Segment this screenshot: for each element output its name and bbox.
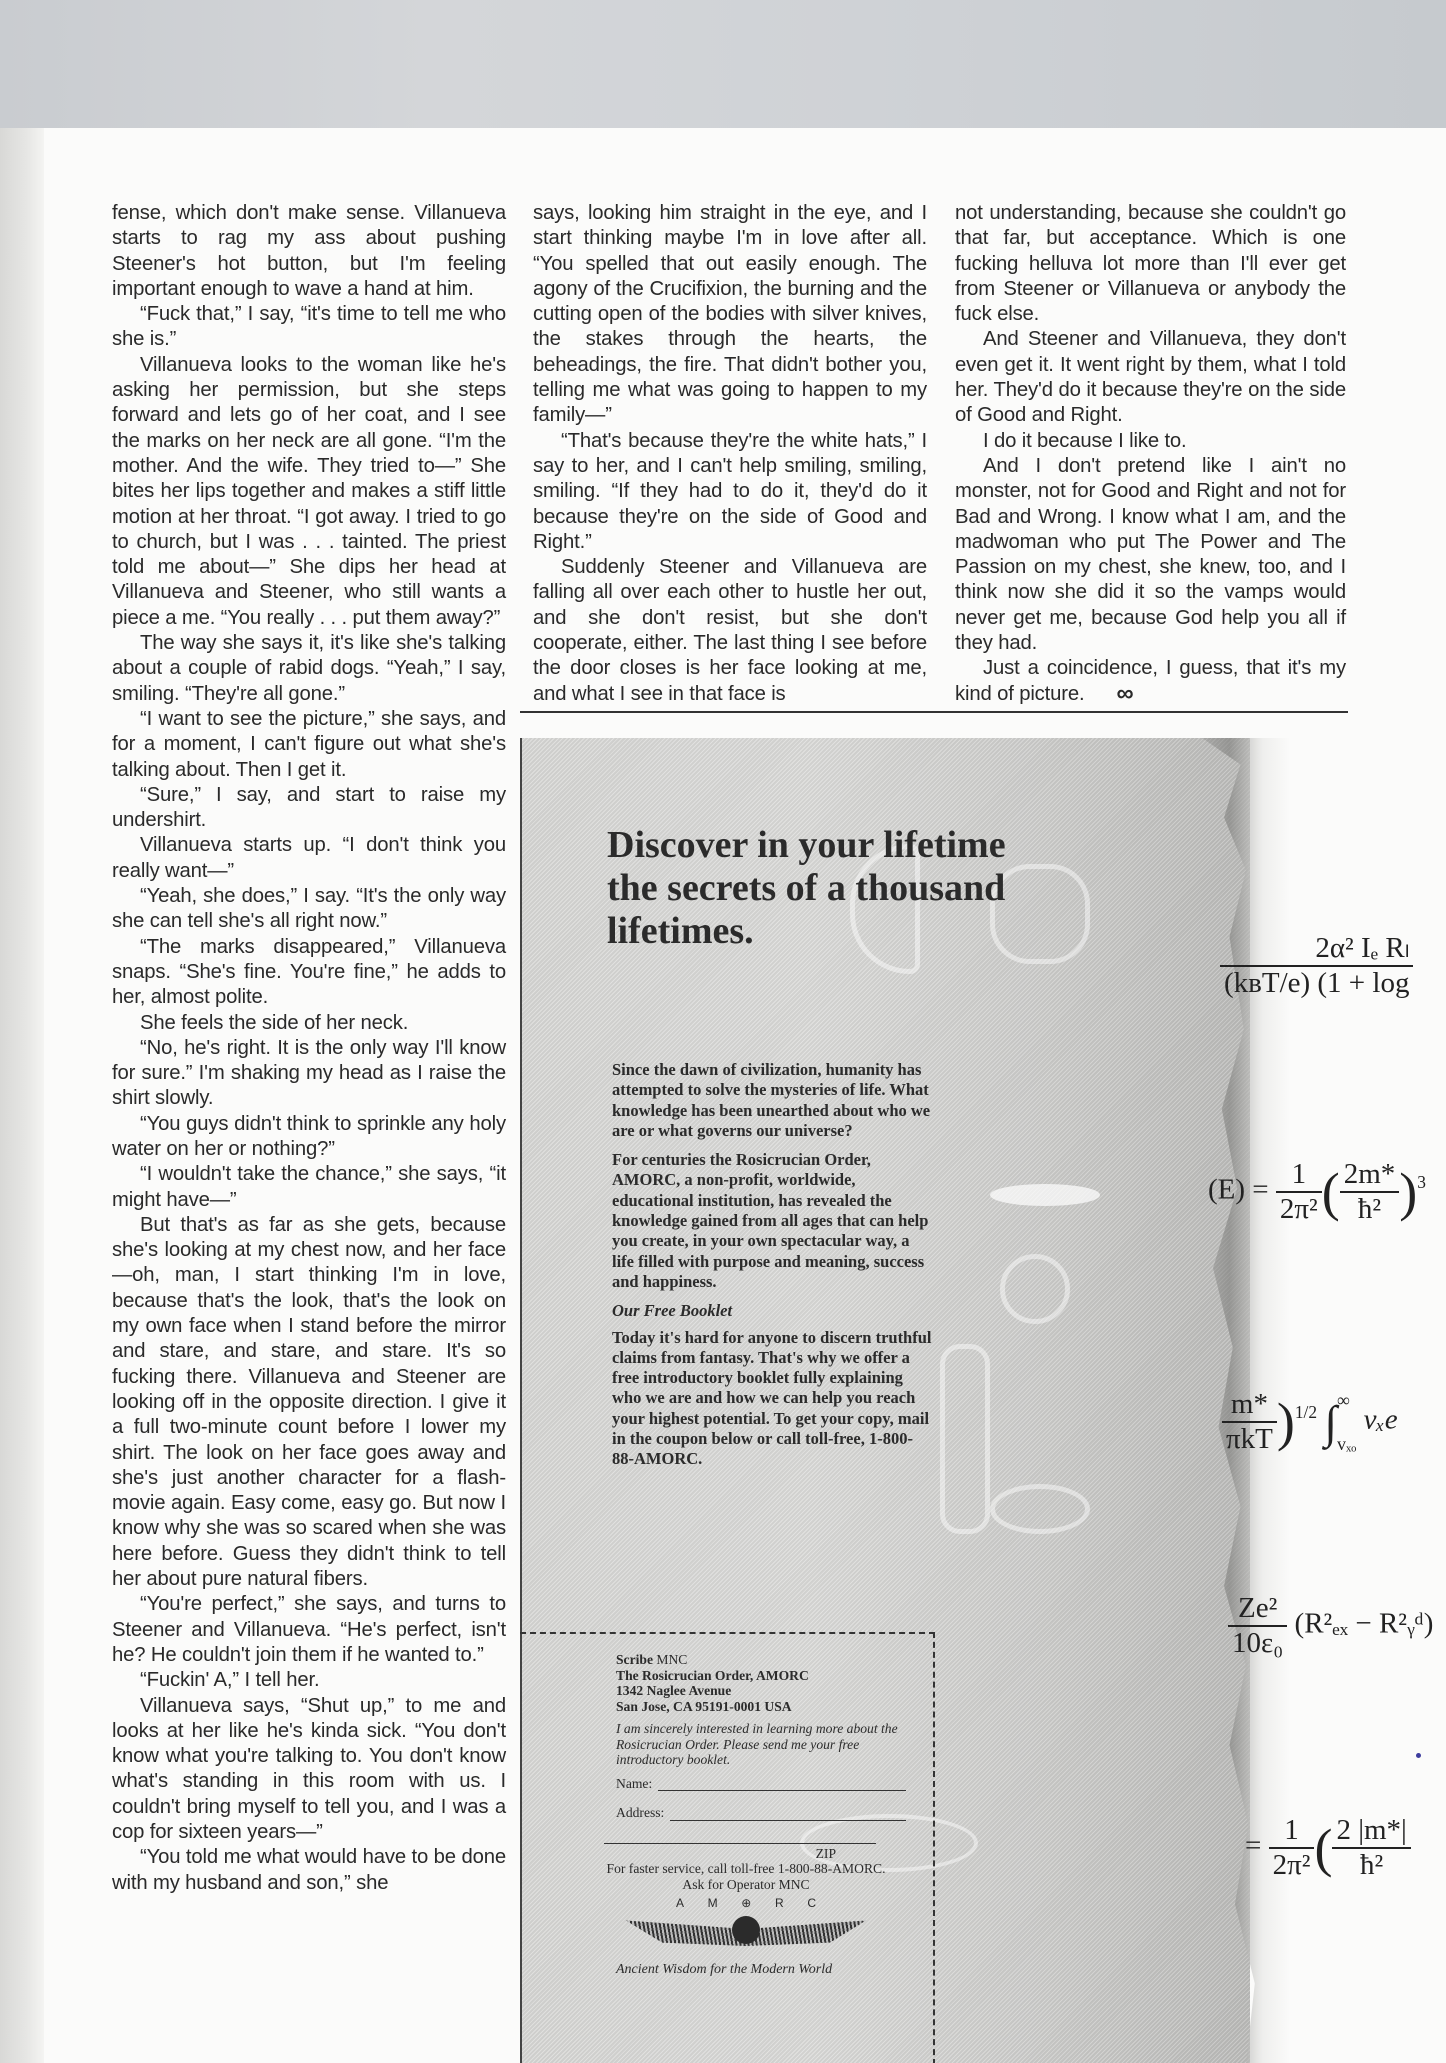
eq-exponent: 3 (1417, 1172, 1426, 1192)
eye-hieroglyph-icon (990, 1484, 1090, 1534)
paragraph: And Steener and Villanueva, they don't e… (955, 327, 1346, 428)
paragraph: not understanding, because she couldn't … (955, 201, 1346, 327)
eq-numerator: 2 |m*| (1332, 1814, 1410, 1847)
eye-hieroglyph-icon (990, 1184, 1100, 1206)
equation-1: 2α² Iₑ Rₗ(kʙT/e) (1 + log (1220, 930, 1413, 1000)
story-column-left: fense, which don't make sense. Villanuev… (112, 201, 506, 1896)
paragraph: But that's as far as she gets, because s… (112, 1213, 506, 1592)
paragraph: says, looking him straight in the eye, a… (533, 201, 927, 429)
hieroglyph-icon (940, 1344, 990, 1534)
paragraph: The way she says it, it's like she's tal… (112, 631, 506, 707)
name-label: Name: (616, 1776, 652, 1792)
zip-label: ZIP (616, 1846, 906, 1862)
eq-denominator: πkT (1222, 1421, 1277, 1456)
eq-integrand: vₓe (1364, 1404, 1398, 1436)
address-label: Address: (616, 1805, 664, 1821)
paragraph: Suddenly Steener and Villanueva are fall… (533, 555, 927, 707)
logo-letter: M (708, 1896, 718, 1912)
integral-icon: ∫ (1324, 1397, 1337, 1448)
eq-denominator: ħ² (1340, 1191, 1400, 1226)
eq-rhs: (R²ₑₓ − R²ᵧᵈ) (1295, 1608, 1434, 1640)
ad-paragraph: Today it's hard for anyone to discern tr… (612, 1328, 932, 1470)
eq-exponent: 1/2 (1295, 1402, 1317, 1422)
paragraph: “You told me what would have to be done … (112, 1845, 506, 1896)
eq-numerator: Ze² (1228, 1592, 1287, 1625)
toll-free-note: For faster service, call toll-free 1-800… (596, 1861, 896, 1892)
equation-3: m*πkT)1/2 ∫∞vₓₒ vₓe (1222, 1378, 1398, 1466)
scribe-label: Scribe (616, 1652, 653, 1667)
eq-denominator: 10ε₀ (1228, 1625, 1287, 1660)
paragraph: “That's because they're the white hats,”… (533, 429, 927, 555)
paragraph: “You guys didn't think to sprinkle any h… (112, 1112, 506, 1163)
logo-letter: C (807, 1896, 816, 1912)
eq-numerator: 1 (1269, 1814, 1315, 1847)
eq-denominator: 2π² (1276, 1191, 1322, 1226)
triangle-emblem-icon (732, 1916, 760, 1944)
logo-letters: A M ⊕ R C (676, 1896, 816, 1912)
address-input-line[interactable] (670, 1808, 906, 1821)
street-address: 1342 Naglee Avenue (616, 1683, 731, 1698)
city-state-zip: San Jose, CA 95191-0001 USA (616, 1699, 792, 1714)
paragraph: “The marks disappeared,” Villanueva snap… (112, 935, 506, 1011)
paragraph: “Sure,” I say, and start to raise my und… (112, 783, 506, 834)
org-name: The Rosicrucian Order, AMORC (616, 1668, 809, 1683)
ad-headline: Discover in your lifetime the secrets of… (607, 824, 1037, 953)
paragraph: Villanueva starts up. “I don't think you… (112, 833, 506, 884)
story-column-right: not understanding, because she couldn't … (955, 201, 1346, 707)
paragraph: Villanueva looks to the woman like he's … (112, 353, 506, 631)
paragraph: “No, he's right. It is the only way I'll… (112, 1036, 506, 1112)
paragraph: fense, which don't make sense. Villanuev… (112, 201, 506, 302)
column-divider-rule (520, 711, 1348, 713)
mail-in-coupon: Scribe MNC The Rosicrucian Order, AMORC … (520, 1632, 935, 2063)
eq-numerator: 1 (1276, 1158, 1322, 1191)
end-of-story-icon: ∞ (1089, 685, 1128, 703)
paragraph: Villanueva says, “Shut up,” to me and lo… (112, 1694, 506, 1846)
amorc-winged-logo: A M ⊕ R C (626, 1896, 866, 1958)
paragraph: Just a coincidence, I guess, that it's m… (955, 656, 1346, 707)
paragraph-text: Just a coincidence, I guess, that it's m… (955, 657, 1346, 704)
address-field[interactable]: Address: (616, 1805, 906, 1821)
paragraph: “Yeah, she does,” I say. “It's the only … (112, 884, 506, 935)
eq-lhs: (E) = (1208, 1174, 1269, 1206)
logo-letter: R (775, 1896, 784, 1912)
scribe-code: MNC (653, 1652, 687, 1667)
eq-numerator: 2α² Iₑ Rₗ (1220, 930, 1413, 965)
ad-subhead: Our Free Booklet (612, 1301, 932, 1321)
equation-2: (E) = 12π²(2m*ħ²)3 (1208, 1158, 1426, 1226)
logo-letter: A (676, 1896, 684, 1912)
integral-lower: vₓₒ (1337, 1422, 1356, 1466)
eq-lhs: = (1245, 1830, 1261, 1862)
eq-denominator: ħ² (1332, 1847, 1410, 1882)
paragraph: “I wouldn't take the chance,” she says, … (112, 1162, 506, 1213)
eq-denominator: (kʙT/e) (1 + log (1220, 965, 1413, 1000)
scanner-background (0, 0, 1446, 130)
page-gutter-shadow (0, 128, 44, 2063)
equation-4: Ze²10ε₀ (R²ₑₓ − R²ᵧᵈ) (1228, 1592, 1433, 1660)
ad-tagline: Ancient Wisdom for the Modern World (616, 1962, 906, 1978)
paragraph: I do it because I like to. (955, 429, 1346, 454)
name-field[interactable]: Name: (616, 1776, 906, 1792)
equation-5: = 12π²(2 |m*|ħ² (1245, 1814, 1411, 1882)
cross-circle-icon: ⊕ (741, 1896, 751, 1912)
coupon-address: Scribe MNC The Rosicrucian Order, AMORC … (616, 1652, 906, 1714)
paragraph: “Fuckin' A,” I tell her. (112, 1668, 506, 1693)
eq-numerator: 2m* (1340, 1158, 1400, 1191)
ad-paragraph: Since the dawn of civilization, humanity… (612, 1060, 932, 1141)
circle-hieroglyph-icon (1000, 1254, 1070, 1324)
paragraph: She feels the side of her neck. (112, 1011, 506, 1036)
ink-speck (1416, 1753, 1421, 1758)
name-input-line[interactable] (658, 1778, 906, 1791)
story-column-middle: says, looking him straight in the eye, a… (533, 201, 927, 707)
paragraph: “Fuck that,” I say, “it's time to tell m… (112, 302, 506, 353)
ad-paragraph: For centuries the Rosicrucian Order, AMO… (612, 1150, 932, 1292)
ad-body-copy: Since the dawn of civilization, humanity… (612, 1060, 932, 1479)
paragraph: And I don't pretend like I ain't no mons… (955, 454, 1346, 656)
coupon-interest-statement: I am sincerely interested in learning mo… (616, 1721, 906, 1768)
eq-denominator: 2π² (1269, 1847, 1315, 1882)
paragraph: “You're perfect,” she says, and turns to… (112, 1592, 506, 1668)
zip-input-line[interactable] (604, 1843, 876, 1844)
integral-upper: ∞ (1337, 1378, 1356, 1422)
paragraph: “I want to see the picture,” she says, a… (112, 707, 506, 783)
eq-numerator: m* (1222, 1388, 1277, 1421)
